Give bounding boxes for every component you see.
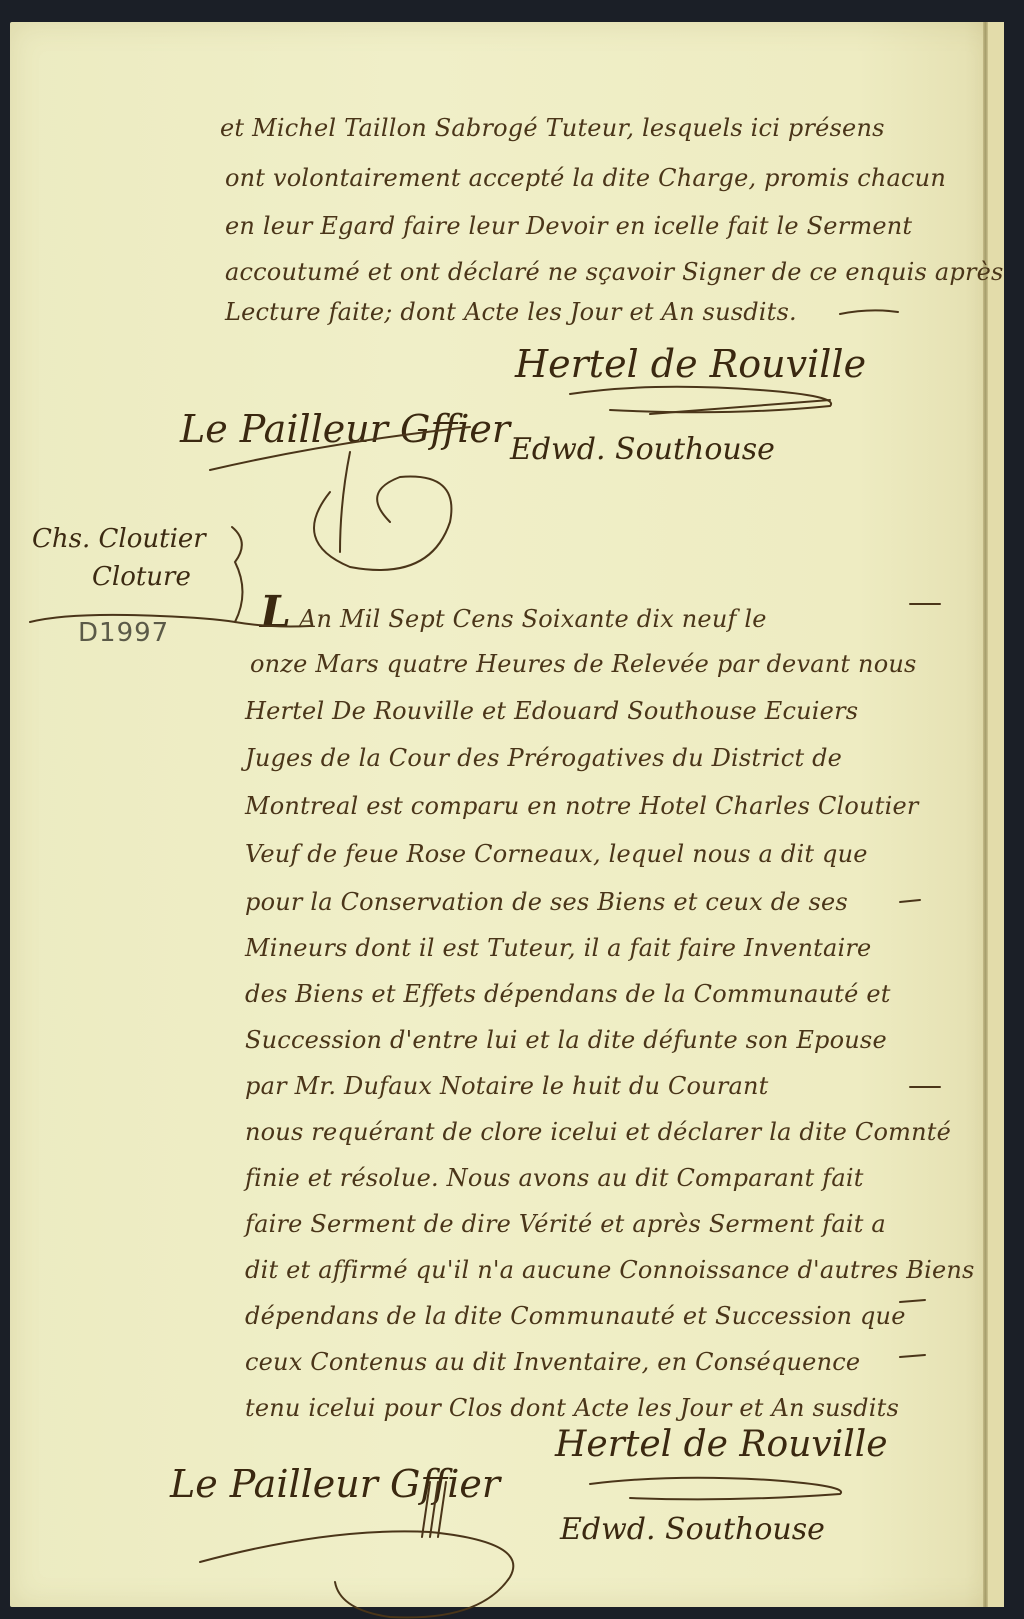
text-line: Veuf de feue Rose Corneaux, lequel nous … (245, 840, 868, 868)
text-line: par Mr. Dufaux Notaire le huit du Couran… (245, 1072, 769, 1100)
text-line: accoutumé et ont déclaré ne sçavoir Sign… (225, 258, 1004, 286)
margin-name: Chs. Cloutier (32, 524, 206, 554)
drop-cap: L (260, 587, 291, 638)
text-line: Juges de la Cour des Prérogatives du Dis… (245, 744, 842, 772)
text-line: An Mil Sept Cens Soixante dix neuf le (299, 605, 767, 633)
catalog-number: D1997 (78, 618, 169, 648)
text-line: tenu icelui pour Clos dont Acte les Jour… (245, 1394, 899, 1422)
signature-southouse: Edwd. Southouse (560, 1512, 825, 1547)
text-line-first: L An Mil Sept Cens Soixante dix neuf le (260, 587, 767, 638)
text-line: ont volontairement accepté la dite Charg… (225, 164, 946, 192)
text-line: dépendans de la dite Communauté et Succe… (245, 1302, 906, 1330)
text-line: des Biens et Effets dépendans de la Comm… (245, 980, 891, 1008)
text-line: Montreal est comparu en notre Hotel Char… (245, 792, 919, 820)
signature-southouse: Edwd. Southouse (510, 432, 775, 467)
text-line: onze Mars quatre Heures de Relevée par d… (250, 650, 917, 678)
text-line: Mineurs dont il est Tuteur, il a fait fa… (245, 934, 871, 962)
text-line: et Michel Taillon Sabrogé Tuteur, lesque… (220, 114, 885, 142)
text-line: nous requérant de clore icelui et déclar… (245, 1118, 951, 1146)
margin-subject: Cloture (92, 562, 191, 592)
signature-le-pailleur: Le Pailleur Gffier (170, 1462, 500, 1506)
text-line: Hertel De Rouville et Edouard Southouse … (245, 697, 858, 725)
signature-hertel-de-rouville: Hertel de Rouville (515, 342, 866, 386)
text-line: pour la Conservation de ses Biens et ceu… (245, 888, 848, 916)
signature-hertel-de-rouville: Hertel de Rouville (555, 1424, 888, 1465)
text-line: faire Serment de dire Vérité et après Se… (245, 1210, 886, 1238)
text-line: Lecture faite; dont Acte les Jour et An … (225, 298, 797, 326)
manuscript-page: et Michel Taillon Sabrogé Tuteur, lesque… (10, 22, 1004, 1607)
text-line: en leur Egard faire leur Devoir en icell… (225, 212, 912, 240)
text-line: finie et résolue. Nous avons au dit Comp… (245, 1164, 864, 1192)
signature-le-pailleur: Le Pailleur Gffier (180, 407, 510, 451)
text-line: ceux Contenus au dit Inventaire, en Cons… (245, 1348, 860, 1376)
text-line: Succession d'entre lui et la dite défunt… (245, 1026, 887, 1054)
text-line: dit et affirmé qu'il n'a aucune Connoiss… (245, 1256, 975, 1284)
